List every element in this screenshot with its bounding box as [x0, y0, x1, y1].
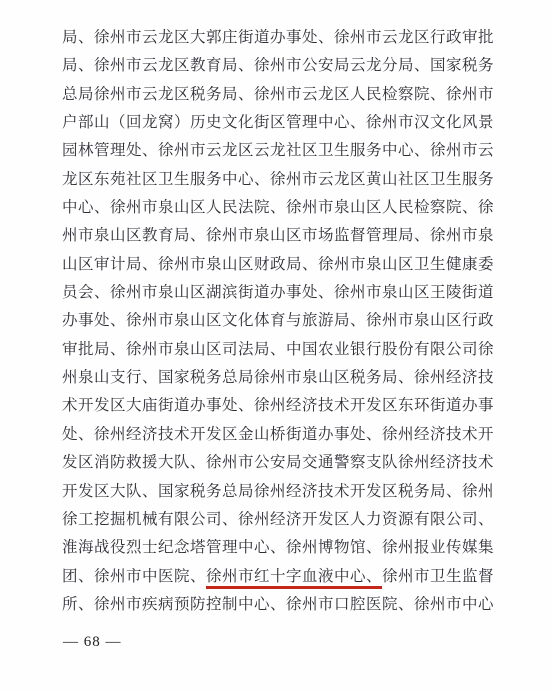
text-line: 州市泉山区教育局、徐州市泉山区市场监督管理局、徐州市泉 [62, 222, 492, 250]
line-text: 户部山（回龙窝）历史文化街区管理中心、徐州市汉文化风景 [62, 114, 494, 131]
line-text: 徐州市卫生监督 [382, 568, 494, 585]
text-line: 户部山（回龙窝）历史文化街区管理中心、徐州市汉文化风景 [62, 109, 492, 137]
line-text: 开发区大队、国家税务总局徐州经济技术开发区税务局、徐州 [62, 483, 494, 500]
text-line: 开发区大队、国家税务总局徐州经济技术开发区税务局、徐州 [62, 478, 492, 506]
line-text: 龙区东苑社区卫生服务中心、徐州市云龙区黄山社区卫生服务 [62, 171, 494, 188]
document-page: 局、徐州市云龙区大郭庄街道办事处、徐州市云龙区行政审批局、徐州市云龙区教育局、徐… [0, 0, 552, 691]
text-line: 处、徐州经济技术开发区金山桥街道办事处、徐州经济技术开 [62, 421, 492, 449]
text-line: 中心、徐州市泉山区人民法院、徐州市泉山区人民检察院、徐 [62, 194, 492, 222]
text-line: 山区审计局、徐州市泉山区财政局、徐州市泉山区卫生健康委 [62, 251, 492, 279]
page-number: — 68 — [63, 632, 122, 652]
text-line: 所、徐州市疾病预防控制中心、徐州市口腔医院、徐州市中心 [62, 591, 492, 619]
line-text: 术开发区大庙街道办事处、徐州经济技术开发区东环街道办事 [62, 397, 494, 414]
red-underlined-text: 徐州市红十字血液中心、 [206, 568, 382, 590]
line-text: 员会、徐州市泉山区湖滨街道办事处、徐州市泉山区王陵街道 [62, 284, 494, 301]
text-line: 龙区东苑社区卫生服务中心、徐州市云龙区黄山社区卫生服务 [62, 166, 492, 194]
line-text: 审批局、徐州市泉山区司法局、中国农业银行股份有限公司徐 [62, 341, 494, 358]
text-line: 州泉山支行、国家税务总局徐州市泉山区税务局、徐州经济技 [62, 364, 492, 392]
text-line: 总局徐州市云龙区税务局、徐州市云龙区人民检察院、徐州市 [62, 81, 492, 109]
line-text: 团、徐州市中医院、 [62, 568, 206, 585]
text-line: 淮海战役烈士纪念塔管理中心、徐州博物馆、徐州报业传媒集 [62, 534, 492, 562]
line-text: 处、徐州经济技术开发区金山桥街道办事处、徐州经济技术开 [62, 426, 494, 443]
line-text: 园林管理处、徐州市云龙区云龙社区卫生服务中心、徐州市云 [62, 142, 494, 159]
line-text: 局、徐州市云龙区大郭庄街道办事处、徐州市云龙区行政审批 [62, 29, 494, 46]
line-text: 州泉山支行、国家税务总局徐州市泉山区税务局、徐州经济技 [62, 369, 494, 386]
text-line: 团、徐州市中医院、徐州市红十字血液中心、徐州市卫生监督 [62, 563, 492, 591]
line-text: 所、徐州市疾病预防控制中心、徐州市口腔医院、徐州市中心 [62, 596, 494, 613]
text-line: 员会、徐州市泉山区湖滨街道办事处、徐州市泉山区王陵街道 [62, 279, 492, 307]
text-line: 徐工挖掘机械有限公司、徐州经济开发区人力资源有限公司、 [62, 506, 492, 534]
line-text: 中心、徐州市泉山区人民法院、徐州市泉山区人民检察院、徐 [62, 199, 494, 216]
line-text: 山区审计局、徐州市泉山区财政局、徐州市泉山区卫生健康委 [62, 256, 494, 273]
line-text: 徐工挖掘机械有限公司、徐州经济开发区人力资源有限公司、 [62, 511, 494, 528]
text-line: 发区消防救援大队、徐州市公安局交通警察支队徐州经济技术 [62, 449, 492, 477]
line-text: 淮海战役烈士纪念塔管理中心、徐州博物馆、徐州报业传媒集 [62, 539, 494, 556]
text-line: 术开发区大庙街道办事处、徐州经济技术开发区东环街道办事 [62, 392, 492, 420]
line-text: 州市泉山区教育局、徐州市泉山区市场监督管理局、徐州市泉 [62, 227, 494, 244]
line-text: 总局徐州市云龙区税务局、徐州市云龙区人民检察院、徐州市 [62, 86, 494, 103]
text-line: 办事处、徐州市泉山区文化体育与旅游局、徐州市泉山区行政 [62, 307, 492, 335]
text-line: 园林管理处、徐州市云龙区云龙社区卫生服务中心、徐州市云 [62, 137, 492, 165]
line-text: 局、徐州市云龙区教育局、徐州市公安局云龙分局、国家税务 [62, 57, 494, 74]
text-line: 审批局、徐州市泉山区司法局、中国农业银行股份有限公司徐 [62, 336, 492, 364]
line-text: 办事处、徐州市泉山区文化体育与旅游局、徐州市泉山区行政 [62, 312, 494, 329]
text-block: 局、徐州市云龙区大郭庄街道办事处、徐州市云龙区行政审批局、徐州市云龙区教育局、徐… [62, 24, 492, 619]
text-line: 局、徐州市云龙区大郭庄街道办事处、徐州市云龙区行政审批 [62, 24, 492, 52]
line-text: 发区消防救援大队、徐州市公安局交通警察支队徐州经济技术 [62, 454, 494, 471]
text-line: 局、徐州市云龙区教育局、徐州市公安局云龙分局、国家税务 [62, 52, 492, 80]
